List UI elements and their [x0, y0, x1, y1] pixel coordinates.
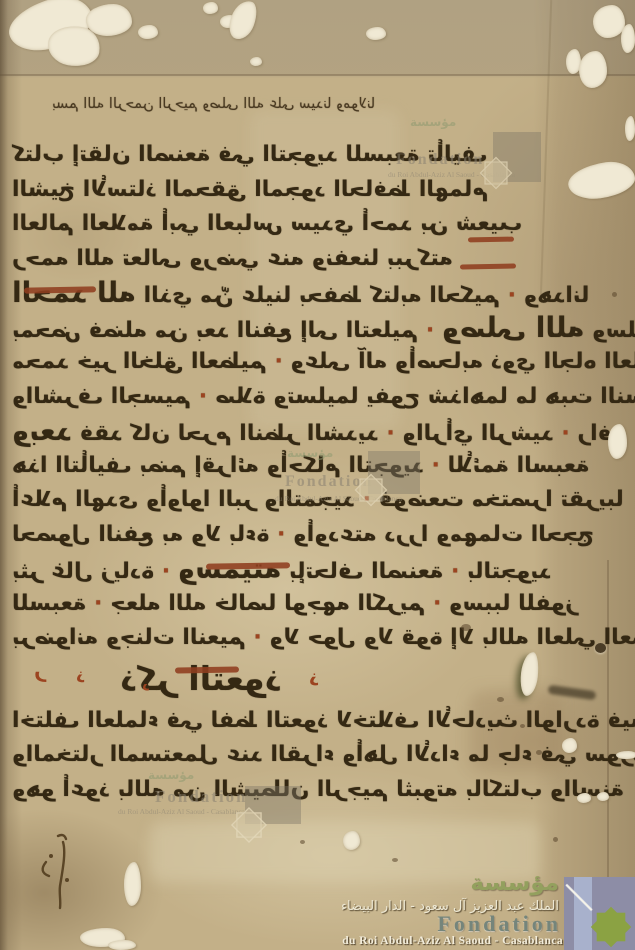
text-segment: وهو أعوذ بالله من الشيطان الرجيم لثبوته …	[12, 777, 624, 802]
text-segment: هذا التأليف بضم إقرائه وأحكام التجويد	[12, 453, 432, 478]
manuscript-lines-top: كتاب إتقان الصنعة في التجويد للسبعة تألي…	[12, 138, 540, 656]
damage-spot	[562, 738, 577, 753]
text-segment: بالتجويد	[459, 559, 551, 584]
stain-speck	[300, 840, 305, 844]
red-separator: ·	[253, 625, 261, 650]
text-segment: الذي منّ علينا بحفظ كتابه الحكيم	[136, 283, 508, 308]
basmala-line: بسم الله الرحمن الرحيم وصلى الله على سيد…	[12, 84, 540, 138]
text-segment: اختلف العلماء في لفظ التعوذ لاختلاف الأح…	[12, 708, 635, 733]
damage-spot	[579, 51, 607, 88]
red-separator: ·	[162, 559, 170, 584]
text-segment: والرأي الرشيد	[395, 421, 562, 446]
text-segment: وأودعته دررا ومهمات الحجج	[285, 522, 594, 547]
red-separator: ·	[386, 421, 394, 446]
text-line: كتاب إتقان الصنعة في التجويد للسبعة تألي…	[12, 138, 540, 173]
text-line: وهو أعوذ بالله من الشيطان الرجيم لثبوته …	[12, 773, 540, 808]
red-separator: ·	[426, 318, 434, 343]
damage-spot	[225, 0, 261, 43]
text-segment: صلاة وتسليما يفوح شذاهما ما هبت النسيم	[207, 384, 635, 409]
stain-speck	[497, 697, 504, 702]
text-line: الحمد لله الذي منّ علينا بحفظ كتابه الحك…	[12, 276, 540, 311]
text-line: الشيخ الأستاذ المحقق المجود الحافظ الهما…	[12, 173, 540, 208]
logo-latin-line: du Roi Abdul-Aziz Al Saoud - Casablanca	[342, 935, 563, 947]
ink-blot	[595, 643, 606, 653]
red-overline	[175, 666, 239, 673]
text-segment: وصلى الله	[442, 311, 585, 344]
damage-spot	[366, 27, 386, 40]
damage-spot	[577, 793, 591, 803]
text-segment: وبعد	[12, 414, 72, 447]
chapter-heading: ذكر التعوذ	[12, 656, 540, 704]
text-segment: وسببا للفوز	[441, 591, 577, 616]
damage-spot	[108, 940, 136, 950]
text-segment: والشرف الجسيم	[12, 384, 199, 409]
red-overline	[460, 264, 516, 270]
text-line: بثر غال زيادة · وسميته بإتحاف الصنعة · ب…	[12, 552, 540, 587]
stain-speck	[553, 837, 558, 842]
text-line: رحمه الله تعالى ورضي عنه ونفعنا ببركته	[12, 242, 540, 277]
damage-spot	[616, 751, 635, 759]
text-line: محمد خير الخلق العظيم · وعلى آله وأصحابه…	[12, 345, 540, 380]
text-line: هذا التأليف بضم إقرائه وأحكام التجويد · …	[12, 449, 540, 484]
stain-speck	[612, 292, 617, 297]
manuscript-text: بسم الله الرحمن الرحيم وصلى الله على سيد…	[12, 84, 540, 807]
text-segment: والمختار المستعمل عند القراء وأهل الأداء…	[12, 742, 635, 767]
red-mark: د	[142, 676, 150, 694]
ink-mark	[34, 832, 94, 914]
red-separator: ·	[451, 559, 459, 584]
text-line: أعلام الهدى وأولوا البر والتمجيد · فوضعت…	[12, 483, 540, 518]
text-segment: فوضعت مختصرا تقريبا	[371, 487, 624, 512]
text-segment: للأئمة السبعة	[440, 453, 590, 478]
text-segment: للسبعة	[12, 591, 94, 616]
damage-spot	[608, 424, 627, 459]
red-separator: ·	[508, 283, 516, 308]
text-segment	[170, 559, 178, 584]
damage-spot	[621, 24, 635, 53]
text-line: والمختار المستعمل عند القراء وأهل الأداء…	[12, 738, 540, 773]
red-separator: ·	[561, 421, 569, 446]
text-line: وبعد فقد كان لحرم النظر الشديد · والرأي …	[12, 414, 540, 449]
text-segment: ولا حول ولا قوة إلا بالله العلي العظيم	[262, 625, 635, 650]
red-separator: ·	[432, 453, 440, 478]
damage-spot	[203, 2, 218, 14]
logo-square	[564, 877, 635, 950]
text-segment	[434, 318, 442, 343]
text-line: للسبعة · جعله الله خالصا لوجهه الكريم · …	[12, 587, 540, 622]
text-segment: محمد خير الخلق العظيم	[12, 349, 274, 374]
text-line: بمحض فضله من بعد النفع إلى التعليم · وصل…	[12, 311, 540, 346]
damage-spot	[593, 5, 625, 38]
text-segment: الشيخ الأستاذ المحقق المجود الحافظ الهما…	[12, 177, 488, 202]
red-separator: ·	[94, 591, 102, 616]
stain-speck	[461, 624, 471, 631]
text-segment: كتاب إتقان الصنعة في التجويد للسبعة تألي…	[12, 142, 487, 167]
red-overline	[24, 286, 96, 293]
stain-speck	[536, 750, 542, 755]
red-mark: ذ	[309, 666, 319, 690]
text-segment: بإتحاف الصنعة	[281, 559, 451, 584]
damage-spot	[597, 792, 609, 801]
damage-spot	[343, 831, 360, 850]
text-segment: فقد كان لحرم النظر الشديد	[72, 421, 386, 446]
logo-arabic-name: مؤسسة	[470, 870, 559, 896]
text-segment: وسلم على سيدنا	[584, 318, 635, 343]
manuscript-page: بسم الله الرحمن الرحيم وصلى الله على سيد…	[0, 0, 635, 950]
text-segment: العالم العلامة أبي العباس سيدي أحمد بن ش…	[12, 211, 522, 236]
damage-spot	[138, 25, 158, 39]
text-segment: لحصول النفع به ولا باءة	[12, 522, 277, 547]
red-overline	[468, 237, 514, 243]
stain-speck	[520, 724, 525, 728]
text-line: والشرف الجسيم · صلاة وتسليما يفوح شذاهما…	[12, 380, 540, 415]
red-mark: ذ	[76, 666, 85, 687]
manuscript-lines-bottom: اختلف العلماء في لفظ التعوذ لاختلاف الأح…	[12, 704, 540, 808]
stain-speck	[392, 858, 398, 862]
red-mark: ر	[34, 658, 46, 682]
text-line: العالم العلامة أبي العباس سيدي أحمد بن ش…	[12, 207, 540, 242]
damage-spot	[124, 862, 141, 906]
red-separator: ·	[363, 487, 371, 512]
text-line: اختلف العلماء في لفظ التعوذ لاختلاف الأح…	[12, 704, 540, 739]
text-line: لحصول النفع به ولا باءة · وأودعته دررا و…	[12, 518, 540, 553]
text-segment: وهدانا	[516, 283, 589, 308]
red-separator: ·	[433, 591, 441, 616]
logo-star-icon	[585, 901, 635, 950]
paper-seam	[0, 74, 635, 76]
watermark-latin-line: du Roi Abdul-Aziz Al Saoud - Casablanca	[118, 807, 245, 816]
text-segment: بثر غال زيادة	[12, 559, 162, 584]
text-segment: بمحض فضله من بعد النفع إلى التعليم	[12, 318, 426, 343]
text-segment: برضوانه وجنات النعيم	[12, 625, 253, 650]
damage-spot	[86, 4, 132, 36]
text-segment: وعلى آله وأصحابه ذوي الجاه العلي	[283, 349, 635, 374]
text-segment: أعلام الهدى وأولوا البر والتمجيد	[12, 487, 363, 512]
red-separator: ·	[199, 384, 207, 409]
text-segment: رحمه الله تعالى ورضي عنه ونفعنا ببركته	[12, 246, 453, 271]
red-separator: ·	[277, 522, 285, 547]
red-separator: ·	[274, 349, 282, 374]
logo-latin-name: Fondation	[437, 911, 561, 937]
damage-spot	[625, 116, 635, 141]
damage-spot	[250, 57, 262, 66]
text-segment: جعله الله خالصا لوجهه الكريم	[102, 591, 433, 616]
